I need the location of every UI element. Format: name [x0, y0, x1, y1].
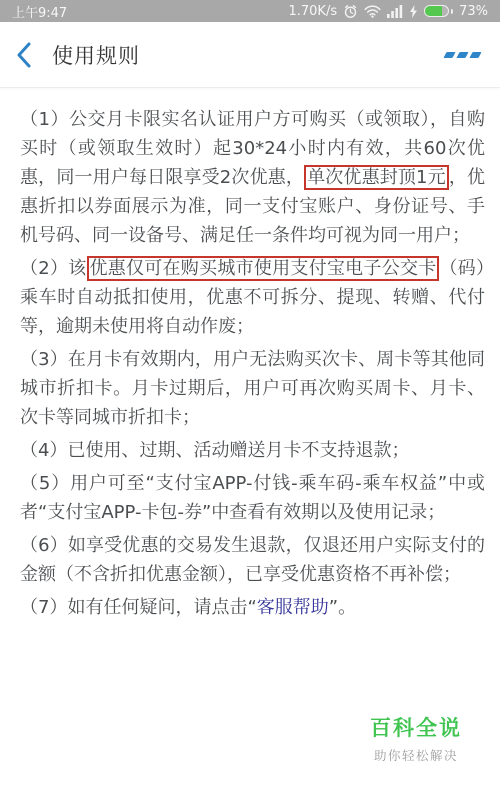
menu-dash-icon: [456, 52, 468, 58]
battery-nub: [451, 9, 453, 14]
rule-text: ”。: [329, 597, 356, 618]
back-button[interactable]: [16, 42, 32, 68]
rule-text: （2）该: [20, 258, 87, 279]
battery-fill: [425, 6, 442, 16]
charging-bolt-icon: [409, 5, 418, 18]
rule-text: （7）如有任何疑问，请点击“: [20, 597, 257, 618]
rule-text: （3）在月卡有效期内，用户无法购买次卡、周卡等其他同城市折扣卡。月卡过期后，用户…: [20, 349, 485, 428]
watermark-title: 百科全说: [370, 712, 462, 742]
highlight-box: 单次优惠封顶1元: [304, 165, 449, 190]
net-speed-label: 1.70K/s: [288, 4, 337, 19]
rule-paragraph: （5）用户可至“支付宝APP-付钱-乘车码-乘车权益”中或者“支付宝APP-卡包…: [20, 469, 485, 527]
signal-bars-icon: [387, 5, 403, 18]
rule-paragraph: （6）如享受优惠的交易发生退款，仅退还用户实际支付的金额（不含折扣优惠金额），已…: [20, 531, 485, 589]
highlight-box: 优惠仅可在购买城市使用支付宝电子公交卡: [87, 256, 440, 281]
rule-text: （4）已使用、过期、活动赠送月卡不支持退款；: [20, 440, 409, 461]
help-link[interactable]: 客服帮助: [257, 597, 329, 618]
wifi-icon: [364, 5, 381, 18]
menu-dash-icon: [469, 52, 481, 58]
rule-paragraph: （1）公交月卡限实名认证用户方可购买（或领取），自购买时（或领取生效时）起30*…: [20, 105, 485, 250]
battery-percent-label: 73%: [459, 4, 488, 19]
rule-paragraph: （3）在月卡有效期内，用户无法购买次卡、周卡等其他同城市折扣卡。月卡过期后，用户…: [20, 345, 485, 432]
back-chevron-icon: [16, 42, 32, 68]
rule-text: （6）如享受优惠的交易发生退款，仅退还用户实际支付的金额（不含折扣优惠金额），已…: [20, 535, 485, 585]
battery-icon: [424, 5, 449, 17]
page-title: 使用规则: [52, 40, 140, 70]
menu-dash-icon: [443, 52, 455, 58]
status-icons: 1.70K/s 73%: [288, 4, 488, 19]
menu-button[interactable]: [443, 46, 482, 64]
rule-text: （5）用户可至“支付宝APP-付钱-乘车码-乘车权益”中或者“支付宝APP-卡包…: [20, 473, 485, 523]
rule-paragraph: （2）该优惠仅可在购买城市使用支付宝电子公交卡（码）乘车时自动抵扣使用，优惠不可…: [20, 254, 485, 341]
header: 使用规则: [0, 22, 500, 88]
time-label: 上午9:47: [12, 2, 67, 21]
rule-paragraph: （7）如有任何疑问，请点击“客服帮助”。: [20, 593, 485, 622]
watermark: 百科全说 助你轻松解决: [370, 712, 462, 764]
alarm-clock-icon: [343, 4, 358, 19]
watermark-subtitle: 助你轻松解决: [370, 746, 462, 764]
rule-paragraph: （4）已使用、过期、活动赠送月卡不支持退款；: [20, 436, 485, 465]
status-bar: 上午9:47 1.70K/s 73%: [0, 0, 500, 22]
rules-content: （1）公交月卡限实名认证用户方可购买（或领取），自购买时（或领取生效时）起30*…: [0, 88, 500, 622]
